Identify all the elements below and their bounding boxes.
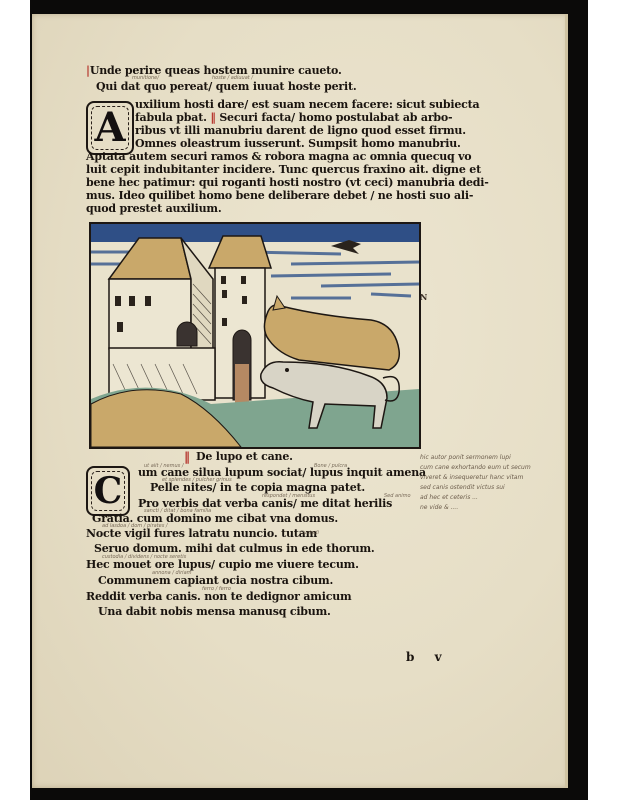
bird — [331, 240, 361, 254]
verse-line-5: Nocte vigil fures latratu nuncio. tutam — [86, 527, 317, 540]
paragraph-mark-title: ‖ — [184, 450, 190, 464]
dog-eye — [285, 368, 289, 372]
woodcut-scene — [91, 224, 419, 447]
prose-line-2: fabula pbat. ‖ Securi facta/ homo postul… — [135, 111, 452, 124]
margin-gloss-1: Bone / pulcra — [314, 463, 347, 469]
woodcut-margin-mark: N — [420, 292, 427, 302]
woodcut-illustration — [89, 222, 421, 449]
manuscript-page: |Unde perire queas hostem munire caueto.… — [32, 14, 568, 788]
margin-note-line: sed canis ostendit victus sui — [420, 484, 595, 494]
prose-line-9: quod prestet auxilium. — [86, 202, 222, 215]
fable-title: De lupo et cane. — [196, 450, 293, 463]
wolf-ear — [273, 296, 285, 310]
house-roof — [109, 238, 191, 279]
margin-note-line: ne vide & .... — [420, 504, 595, 514]
margin-gloss-3: Custodi — [300, 530, 319, 536]
handwritten-margin-note: hic autor ponit sermonem lupi cum cane e… — [420, 454, 595, 514]
house-door — [177, 322, 197, 346]
margin-note-line: ad hec et ceteris ... — [420, 494, 595, 504]
prose-line-3: ribus vt illi manubriu darent de ligno q… — [135, 124, 466, 137]
wolf — [264, 305, 399, 370]
gate-door — [235, 364, 249, 404]
verse-line-2: Pelle nites/ in te copia magna patet. — [150, 481, 365, 494]
verse-line-7: Hec mouet ore lupus/ cupio me viuere tec… — [86, 558, 359, 571]
prose-line-5: Aptata autem securi ramos & robora magna… — [86, 150, 471, 163]
prose-line-8: mus. Ideo quilibet homo bene deliberare … — [86, 189, 473, 202]
moral-verse-2: Qui dat quo pereat/ quem iuuat hoste per… — [96, 80, 357, 93]
prose-line-4: Omnes oleastrum iusserunt. Sumpsit homo … — [135, 137, 461, 150]
prose-line-7: bene hec patimur: qui roganti hosti nost… — [86, 176, 489, 189]
decorated-initial-c: C — [86, 466, 130, 516]
prose-line-2a: fabula pbat. — [135, 111, 207, 124]
decorated-initial-a: A — [86, 101, 134, 155]
verse-line-9: Reddit verba canis. non te dedignor amic… — [86, 590, 351, 603]
prose-line-6: luit cepit indubitanter incidere. Tunc q… — [86, 163, 481, 176]
paragraph-mark: ‖ — [210, 111, 215, 124]
margin-note-line: viveret & insequeretur hanc vitam — [420, 474, 595, 484]
page-edge — [565, 14, 568, 788]
signature-mark: b v — [406, 650, 450, 664]
prose-line-1: uxilium hosti dare/ est suam necem facer… — [135, 98, 479, 111]
verse-line-10: Una dabit nobis mensa manusq cibum. — [98, 605, 331, 618]
margin-note-line: cum cane exhortando eum ut secum — [420, 464, 595, 474]
margin-note-line: hic autor ponit sermonem lupi — [420, 454, 595, 464]
prose-line-2b: Securi facta/ homo postulabat ab arbo- — [219, 111, 452, 124]
